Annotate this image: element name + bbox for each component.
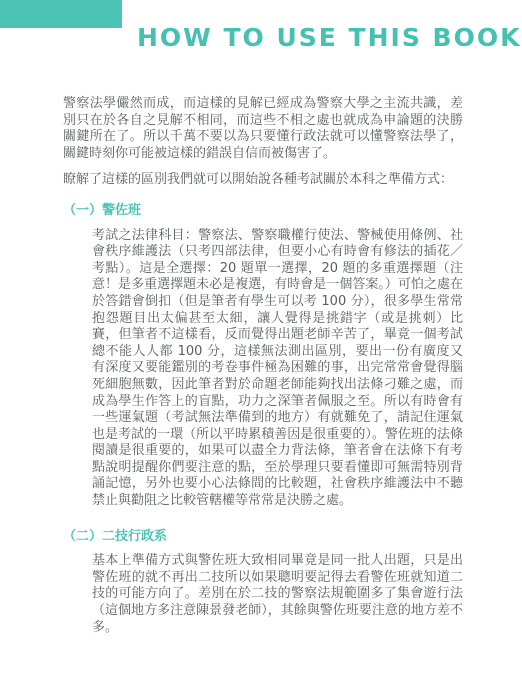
section-body: 基本上準備方式與警佐班大致相同畢竟是同一批人出題，只是出警佐班的就不再出二技所以… xyxy=(92,553,463,636)
book-page: HOW TO USE THIS BOOK ? 警察法學儼然而成，而這樣的見解已經… xyxy=(0,0,522,700)
section-heading: （二）二技行政系 xyxy=(63,529,463,546)
section-heading: （一）警佐班 xyxy=(63,203,463,220)
page-content: 警察法學儼然而成，而這樣的見解已經成為警察大學之主流共識，差別只在於各自之見解不… xyxy=(63,96,463,636)
intro-paragraph: 瞭解了這樣的區別我們就可以開始說各種考試關於本科之準備方式： xyxy=(63,172,463,189)
page-title: HOW TO USE THIS BOOK ? xyxy=(137,23,517,52)
intro-paragraph: 警察法學儼然而成，而這樣的見解已經成為警察大學之主流共識，差別只在於各自之見解不… xyxy=(63,96,463,162)
accent-bar xyxy=(0,0,122,28)
section-jingzuoban: （一）警佐班 考試之法律科目：警察法、警察職權行使法、警械使用條例、社會秩序維護… xyxy=(63,203,463,510)
section-body: 考試之法律科目：警察法、警察職權行使法、警械使用條例、社會秩序維護法（只考四部法… xyxy=(92,228,463,510)
section-erji-xingzhengxi: （二）二技行政系 基本上準備方式與警佐班大致相同畢竟是同一批人出題，只是出警佐班… xyxy=(63,529,463,637)
